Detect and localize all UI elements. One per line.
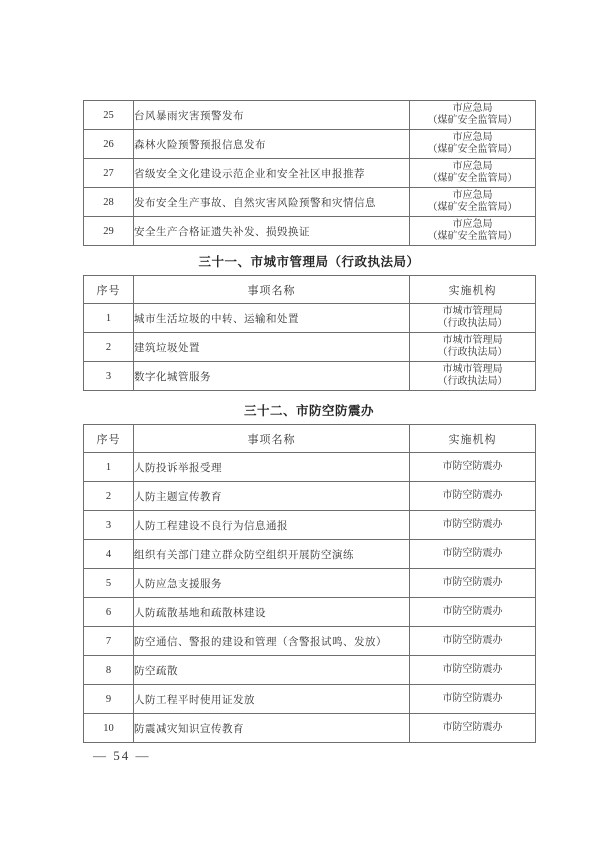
table-emergency-bureau-continued: 25台风暴雨灾害预警发布市应急局（煤矿安全监管局）26森林火险预警预报信息发布市… [83, 100, 536, 246]
implementing-agency-cell: 市应急局（煤矿安全监管局） [410, 159, 536, 188]
table-row: 6人防疏散基地和疏散林建设市防空防震办 [84, 598, 536, 627]
item-name-cell: 台风暴雨灾害预警发布 [134, 101, 410, 130]
row-number-cell: 8 [84, 656, 134, 685]
item-name-cell: 人防工程平时使用证发放 [134, 685, 410, 714]
table-row: 25台风暴雨灾害预警发布市应急局（煤矿安全监管局） [84, 101, 536, 130]
implementing-agency-cell: 市防空防震办 [410, 511, 536, 540]
implementing-agency-cell: 市应急局（煤矿安全监管局） [410, 130, 536, 159]
table-row: 8防空疏散市防空防震办 [84, 656, 536, 685]
implementing-agency-cell: 市防空防震办 [410, 627, 536, 656]
implementing-agency-cell: 市防空防震办 [410, 714, 536, 743]
page-number: — 54 — [93, 748, 151, 764]
row-number-cell: 2 [84, 482, 134, 511]
table-row: 7防空通信、警报的建设和管理（含警报试鸣、发放）市防空防震办 [84, 627, 536, 656]
table-row: 1人防投诉举报受理市防空防震办 [84, 453, 536, 482]
column-header-number: 序号 [84, 425, 134, 453]
table-row: 1城市生活垃圾的中转、运输和处置市城市管理局（行政执法局） [84, 304, 536, 333]
implementing-agency-cell: 市防空防震办 [410, 482, 536, 511]
table-row: 28发布安全生产事故、自然灾害风险预警和灾情信息市应急局（煤矿安全监管局） [84, 188, 536, 217]
item-name-cell: 建筑垃圾处置 [134, 333, 410, 362]
row-number-cell: 5 [84, 569, 134, 598]
row-number-cell: 2 [84, 333, 134, 362]
item-name-cell: 组织有关部门建立群众防空组织开展防空演练 [134, 540, 410, 569]
table-row: 4组织有关部门建立群众防空组织开展防空演练市防空防震办 [84, 540, 536, 569]
row-number-cell: 25 [84, 101, 134, 130]
page-content: 25台风暴雨灾害预警发布市应急局（煤矿安全监管局）26森林火险预警预报信息发布市… [83, 100, 535, 743]
item-name-cell: 安全生产合格证遗失补发、损毁换证 [134, 217, 410, 246]
row-number-cell: 28 [84, 188, 134, 217]
document-page: 25台风暴雨灾害预警发布市应急局（煤矿安全监管局）26森林火险预警预报信息发布市… [0, 0, 600, 848]
row-number-cell: 1 [84, 453, 134, 482]
table-civil-air-defense-office: 序号 事项名称 实施机构 1人防投诉举报受理市防空防震办2人防主题宣传教育市防空… [83, 424, 536, 743]
column-header-agency: 实施机构 [410, 276, 536, 304]
item-name-cell: 森林火险预警预报信息发布 [134, 130, 410, 159]
table-row: 3数字化城管服务市城市管理局（行政执法局） [84, 362, 536, 391]
row-number-cell: 3 [84, 511, 134, 540]
section-32-title: 三十二、市防空防震办 [83, 401, 535, 419]
column-header-number: 序号 [84, 276, 134, 304]
item-name-cell: 人防工程建设不良行为信息通报 [134, 511, 410, 540]
implementing-agency-cell: 市应急局（煤矿安全监管局） [410, 217, 536, 246]
table-row: 29安全生产合格证遗失补发、损毁换证市应急局（煤矿安全监管局） [84, 217, 536, 246]
implementing-agency-cell: 市城市管理局（行政执法局） [410, 362, 536, 391]
item-name-cell: 省级安全文化建设示范企业和安全社区申报推荐 [134, 159, 410, 188]
item-name-cell: 数字化城管服务 [134, 362, 410, 391]
item-name-cell: 防空疏散 [134, 656, 410, 685]
table-header-row: 序号 事项名称 实施机构 [84, 276, 536, 304]
item-name-cell: 人防投诉举报受理 [134, 453, 410, 482]
column-header-item-name: 事项名称 [134, 276, 410, 304]
item-name-cell: 防震减灾知识宣传教育 [134, 714, 410, 743]
item-name-cell: 防空通信、警报的建设和管理（含警报试鸣、发放） [134, 627, 410, 656]
implementing-agency-cell: 市应急局（煤矿安全监管局） [410, 101, 536, 130]
row-number-cell: 10 [84, 714, 134, 743]
implementing-agency-cell: 市防空防震办 [410, 453, 536, 482]
table-row: 2建筑垃圾处置市城市管理局（行政执法局） [84, 333, 536, 362]
item-name-cell: 发布安全生产事故、自然灾害风险预警和灾情信息 [134, 188, 410, 217]
table-row: 10防震减灾知识宣传教育市防空防震办 [84, 714, 536, 743]
table-row: 2人防主题宣传教育市防空防震办 [84, 482, 536, 511]
column-header-item-name: 事项名称 [134, 425, 410, 453]
table-header-row: 序号 事项名称 实施机构 [84, 425, 536, 453]
row-number-cell: 7 [84, 627, 134, 656]
table-city-management-bureau: 序号 事项名称 实施机构 1城市生活垃圾的中转、运输和处置市城市管理局（行政执法… [83, 275, 536, 391]
implementing-agency-cell: 市应急局（煤矿安全监管局） [410, 188, 536, 217]
implementing-agency-cell: 市城市管理局（行政执法局） [410, 333, 536, 362]
table-row: 3人防工程建设不良行为信息通报市防空防震办 [84, 511, 536, 540]
row-number-cell: 29 [84, 217, 134, 246]
row-number-cell: 1 [84, 304, 134, 333]
table-row: 26森林火险预警预报信息发布市应急局（煤矿安全监管局） [84, 130, 536, 159]
row-number-cell: 3 [84, 362, 134, 391]
item-name-cell: 人防应急支援服务 [134, 569, 410, 598]
implementing-agency-cell: 市城市管理局（行政执法局） [410, 304, 536, 333]
row-number-cell: 27 [84, 159, 134, 188]
row-number-cell: 4 [84, 540, 134, 569]
section-31-title: 三十一、市城市管理局（行政执法局） [83, 252, 535, 270]
row-number-cell: 26 [84, 130, 134, 159]
item-name-cell: 城市生活垃圾的中转、运输和处置 [134, 304, 410, 333]
implementing-agency-cell: 市防空防震办 [410, 540, 536, 569]
table-row: 5人防应急支援服务市防空防震办 [84, 569, 536, 598]
item-name-cell: 人防疏散基地和疏散林建设 [134, 598, 410, 627]
implementing-agency-cell: 市防空防震办 [410, 598, 536, 627]
implementing-agency-cell: 市防空防震办 [410, 685, 536, 714]
column-header-agency: 实施机构 [410, 425, 536, 453]
implementing-agency-cell: 市防空防震办 [410, 656, 536, 685]
row-number-cell: 6 [84, 598, 134, 627]
item-name-cell: 人防主题宣传教育 [134, 482, 410, 511]
implementing-agency-cell: 市防空防震办 [410, 569, 536, 598]
row-number-cell: 9 [84, 685, 134, 714]
table-row: 9人防工程平时使用证发放市防空防震办 [84, 685, 536, 714]
table-row: 27省级安全文化建设示范企业和安全社区申报推荐市应急局（煤矿安全监管局） [84, 159, 536, 188]
